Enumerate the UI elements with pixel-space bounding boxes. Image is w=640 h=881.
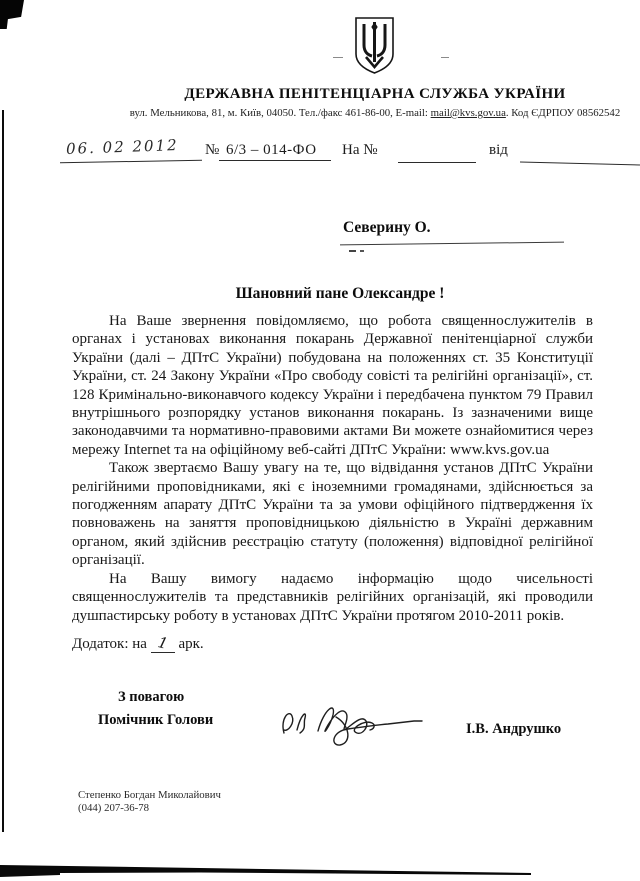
scan-artifact-left-edge	[2, 110, 4, 832]
letterhead-email: mail@kvs.gov.ua	[431, 107, 506, 119]
executor-contact: Степенко Богдан Миколайович (044) 207-36…	[78, 789, 221, 815]
reply-number-blank-line	[398, 162, 476, 163]
emblem-side-dash-right	[441, 57, 449, 58]
signer-position: Помічник Голови	[98, 712, 213, 729]
executor-phone: (044) 207-36-78	[78, 802, 221, 815]
address-suffix: . Код ЄДРПОУ 08562542	[506, 107, 620, 119]
signer-name: І.В. Андрушко	[466, 721, 561, 738]
scan-artifact-dash	[360, 250, 364, 252]
closing-phrase: З повагою	[118, 689, 184, 706]
scan-artifact-corner	[0, 0, 24, 29]
body-paragraph-3: На Вашу вимогу надаємо інформацію щодо ч…	[72, 570, 593, 625]
organization-name: ДЕРЖАВНА ПЕНІТЕНЦІАРНА СЛУЖБА УКРАЇНИ	[110, 86, 640, 103]
attachment-count-underline: 1	[151, 636, 175, 653]
attachment-suffix: арк.	[178, 636, 203, 652]
addressee-name: Северину О.	[343, 219, 431, 237]
number-underline	[219, 160, 331, 161]
reply-date-blank-line	[520, 162, 640, 166]
handwritten-signature-icon	[276, 699, 431, 747]
scan-artifact-bottom-edge	[0, 858, 640, 881]
handwritten-date: 06. 02 2012	[66, 136, 179, 158]
ukraine-trident-emblem-icon	[351, 15, 398, 76]
reply-to-number-label: На №	[342, 142, 378, 159]
scan-artifact-dash	[349, 250, 356, 252]
addressee-underline	[340, 242, 564, 246]
reply-from-date-label: від	[489, 142, 508, 159]
emblem-side-dash-left	[333, 57, 343, 58]
body-paragraph-1: На Ваше звернення повідомляємо, що робот…	[72, 312, 593, 459]
address-prefix: вул. Мельникова, 81, м. Київ, 04050. Тел…	[130, 107, 431, 119]
handwritten-attachment-count: 1	[156, 635, 169, 652]
attachment-note: Додаток: на 1 арк.	[72, 636, 204, 653]
salutation: Шановний пане Олександре !	[90, 285, 590, 303]
attachment-prefix: Додаток: на	[72, 636, 147, 652]
scanned-letter-page: ДЕРЖАВНА ПЕНІТЕНЦІАРНА СЛУЖБА УКРАЇНИ ву…	[0, 0, 640, 881]
date-underline	[60, 160, 202, 163]
letter-body: На Ваше звернення повідомляємо, що робот…	[72, 312, 593, 625]
letterhead-address: вул. Мельникова, 81, м. Київ, 04050. Тел…	[110, 107, 640, 119]
executor-name: Степенко Богдан Миколайович	[78, 789, 221, 802]
body-paragraph-2: Також звертаємо Вашу увагу на те, що від…	[72, 459, 593, 569]
outgoing-number-label: №	[205, 142, 219, 159]
outgoing-number-value: 6/3 – 014-ФО	[226, 142, 317, 159]
